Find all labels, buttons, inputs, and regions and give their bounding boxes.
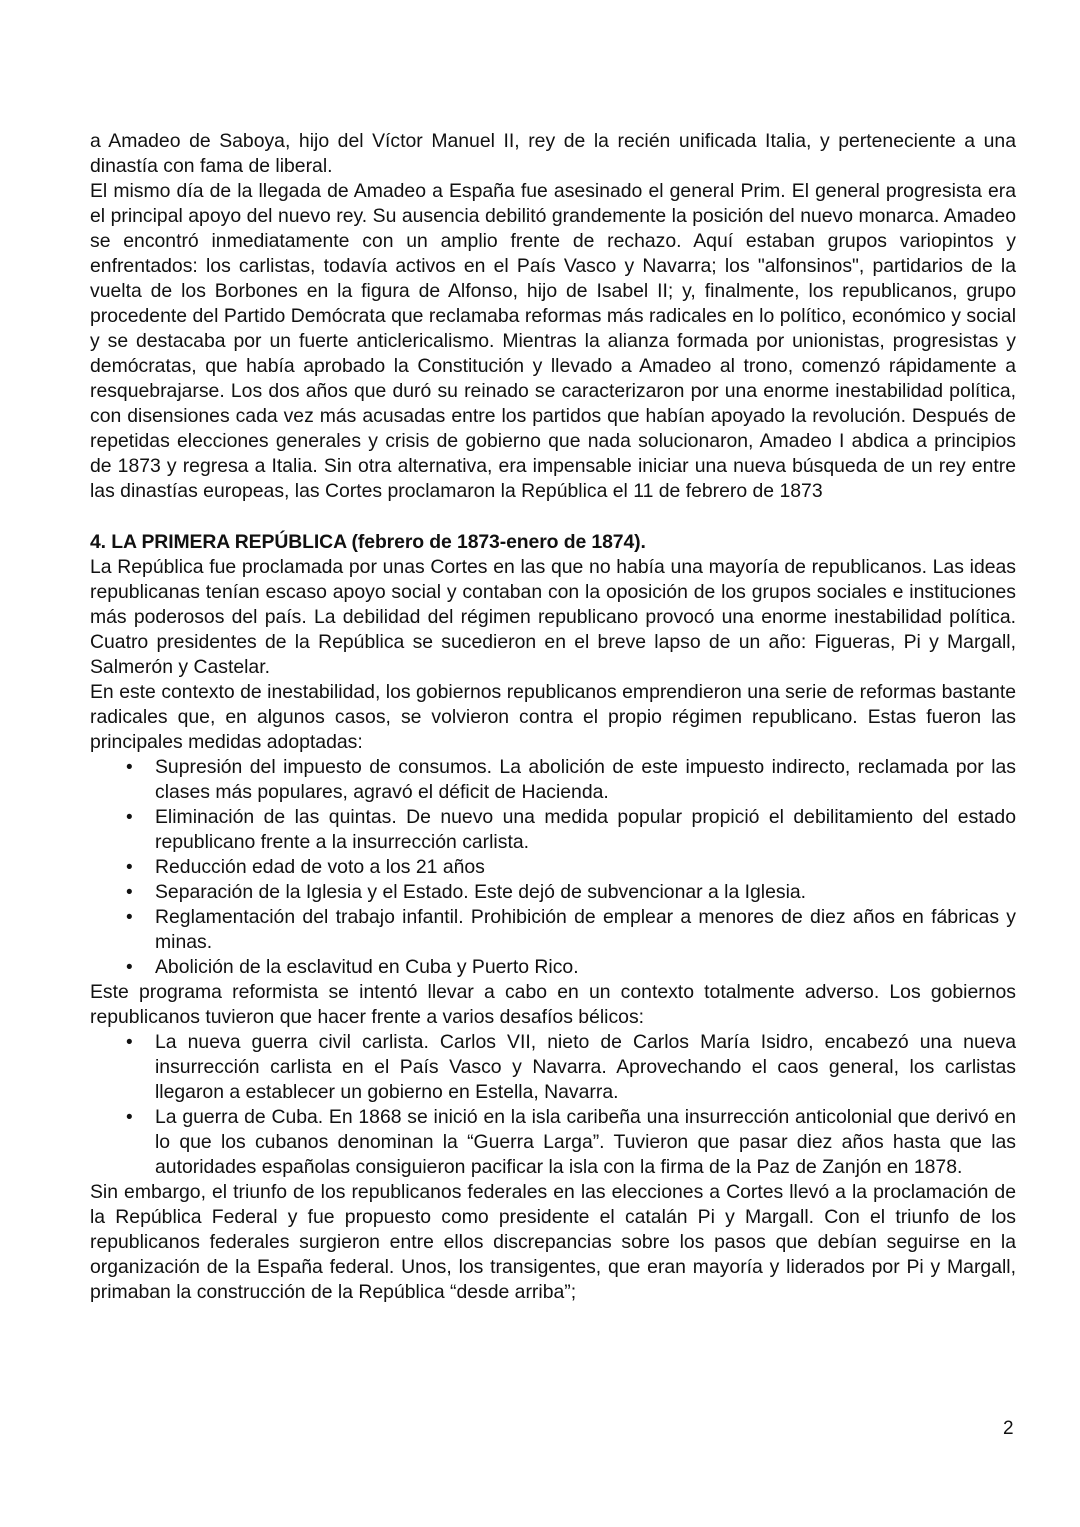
bullet-icon: • bbox=[126, 805, 133, 830]
bullet-icon: • bbox=[126, 880, 133, 905]
list-item: •Reglamentación del trabajo infantil. Pr… bbox=[90, 905, 1016, 955]
conflicts-list: •La nueva guerra civil carlista. Carlos … bbox=[90, 1030, 1016, 1180]
list-item: •Supresión del impuesto de consumos. La … bbox=[90, 755, 1016, 805]
paragraph-conflicts-intro: Este programa reformista se intentó llev… bbox=[90, 980, 1016, 1030]
list-item: •Reducción edad de voto a los 21 años bbox=[90, 855, 1016, 880]
paragraph-amadeo-intro: a Amadeo de Saboya, hijo del Víctor Manu… bbox=[90, 129, 1016, 179]
list-item: •Abolición de la esclavitud en Cuba y Pu… bbox=[90, 955, 1016, 980]
document-page: a Amadeo de Saboya, hijo del Víctor Manu… bbox=[90, 129, 1016, 1305]
bullet-icon: • bbox=[126, 955, 133, 980]
page-number: 2 bbox=[1003, 1418, 1014, 1440]
list-item: •Eliminación de las quintas. De nuevo un… bbox=[90, 805, 1016, 855]
list-item: •La nueva guerra civil carlista. Carlos … bbox=[90, 1030, 1016, 1105]
bullet-icon: • bbox=[126, 855, 133, 880]
bullet-icon: • bbox=[126, 755, 133, 780]
list-item: •La guerra de Cuba. En 1868 se inició en… bbox=[90, 1105, 1016, 1180]
bullet-icon: • bbox=[126, 905, 133, 930]
paragraph-reforms-intro: En este contexto de inestabilidad, los g… bbox=[90, 680, 1016, 755]
list-item: •Separación de la Iglesia y el Estado. E… bbox=[90, 880, 1016, 905]
paragraph-federal-republic: Sin embargo, el triunfo de los republica… bbox=[90, 1180, 1016, 1305]
bullet-icon: • bbox=[126, 1105, 133, 1130]
bullet-icon: • bbox=[126, 1030, 133, 1055]
paragraph-republic-proclamation: La República fue proclamada por unas Cor… bbox=[90, 555, 1016, 680]
paragraph-amadeo-reign: El mismo día de la llegada de Amadeo a E… bbox=[90, 179, 1016, 504]
reforms-list: •Supresión del impuesto de consumos. La … bbox=[90, 755, 1016, 980]
section-heading: 4. LA PRIMERA REPÚBLICA (febrero de 1873… bbox=[90, 530, 1016, 555]
